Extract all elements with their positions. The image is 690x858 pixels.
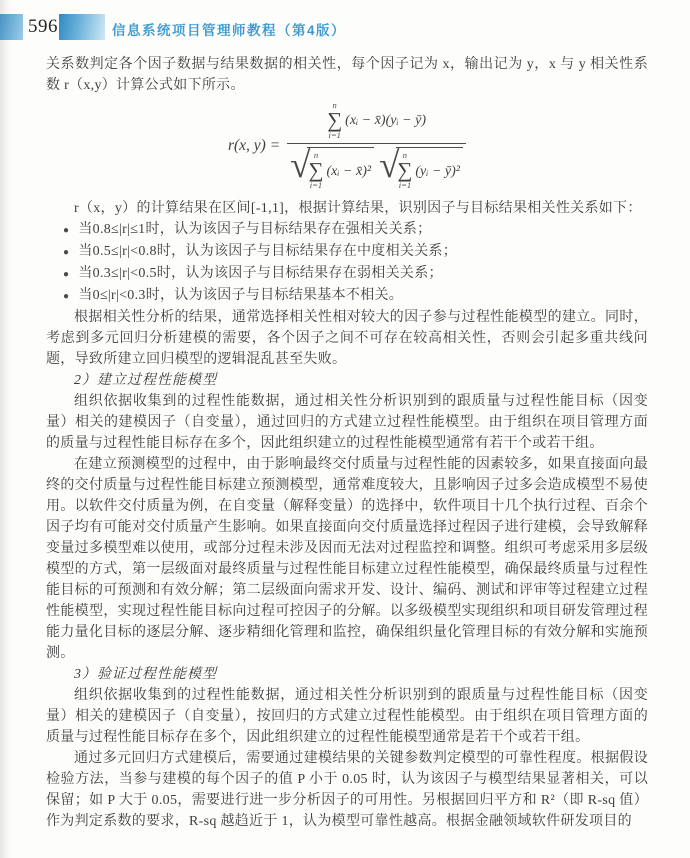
sqrt-y-expression: (yᵢ − ȳ)² xyxy=(415,161,460,182)
bullet-icon: ● xyxy=(63,264,69,285)
radical-sign: √ xyxy=(379,146,399,186)
list-item-text: 当0≤|r|<0.3时，认为该因子与目标结果基本不相关。 xyxy=(78,285,403,306)
sqrt-term-y: √ n ∑ i=1 (yᵢ − ȳ)² xyxy=(379,147,463,190)
list-item: ● 当0≤|r|<0.3时，认为该因子与目标结果基本不相关。 xyxy=(63,285,648,307)
bullet-icon: ● xyxy=(63,286,69,307)
page-number: 596 xyxy=(28,14,58,40)
correlation-formula: r(x, y) = n ∑ i=1 (xᵢ − x̄)(yᵢ − ȳ) √ xyxy=(46,101,648,191)
formula-lhs: r(x, y) = xyxy=(228,135,280,156)
section-heading-verify-model: 3）验证过程性能模型 xyxy=(46,664,648,685)
book-page: 596 信息系统项目管理师教程（第4版） 关系数判定各个因子数据与结果数据的相关… xyxy=(0,0,690,858)
sum-lower-limit: i=1 xyxy=(329,131,341,141)
page-body: 关系数判定各个因子数据与结果数据的相关性，每个因子记为 x，输出记为 y，x 与… xyxy=(46,54,648,832)
page-number-accent-block xyxy=(0,14,23,40)
list-item: ● 当0.8≤|r|≤1时，认为该因子与目标结果存在强相关关系； xyxy=(63,219,648,241)
radicand-x: n ∑ i=1 (xᵢ − x̄)² xyxy=(307,147,374,190)
paragraph-result-interval: r（x，y）的计算结果在区间[-1,1]，根据计算结果，识别因子与目标结果相关性… xyxy=(46,198,648,219)
radical-sign: √ xyxy=(290,146,310,186)
list-item: ● 当0.3≤|r|<0.5时，认为该因子与目标结果存在弱相关关系； xyxy=(63,263,648,285)
paragraph-correlation-intro: 关系数判定各个因子数据与结果数据的相关性，每个因子记为 x，输出记为 y，x 与… xyxy=(46,54,648,96)
paragraph-verify-model-2: 通过多元回归方式建模后，需要通过建模结果的关键参数判定模型的可靠性程度。根据假设… xyxy=(46,748,648,832)
book-title: 信息系统项目管理师教程（第4版） xyxy=(112,19,346,39)
list-item: ● 当0.5≤|r|<0.8时，认为该因子与目标结果存在中度相关关系； xyxy=(63,241,648,263)
list-item-text: 当0.8≤|r|≤1时，认为该因子与目标结果存在强相关关系； xyxy=(78,219,431,240)
header-accent-bar xyxy=(59,14,105,40)
paragraph-build-model-1: 组织依据收集到的过程性能数据，通过相关性分析识别到的跟质量与过程性能目标（因变量… xyxy=(46,391,648,454)
sigma-symbol: ∑ xyxy=(397,161,412,181)
sum-operator: n ∑ i=1 xyxy=(397,151,412,190)
bullet-icon: ● xyxy=(63,242,69,263)
paragraph-analysis-result: 根据相关性分析的结果，通常选择相关性相对较大的因子参与过程性能模型的建立。同时，… xyxy=(46,307,648,370)
sigma-symbol: ∑ xyxy=(308,161,323,181)
page-scan-edge xyxy=(0,0,11,858)
sum-operator: n ∑ i=1 xyxy=(308,151,323,190)
page-header: 596 信息系统项目管理师教程（第4版） xyxy=(0,14,690,41)
list-item-text: 当0.5≤|r|<0.8时，认为该因子与目标结果存在中度相关关系； xyxy=(78,241,457,262)
sum-lower-limit: i=1 xyxy=(310,181,322,191)
paragraph-build-model-2: 在建立预测模型的过程中，由于影响最终交付质量与过程性能的因素较多，如果直接面向最… xyxy=(46,454,648,664)
numerator-expression: (xᵢ − x̄)(yᵢ − ȳ) xyxy=(345,110,426,131)
paragraph-verify-model-1: 组织依据收集到的过程性能数据，通过相关性分析识别到的跟质量与过程性能目标（因变量… xyxy=(46,685,648,748)
formula-denominator: √ n ∑ i=1 (xᵢ − x̄)² √ xyxy=(287,143,466,190)
formula-fraction: n ∑ i=1 (xᵢ − x̄)(yᵢ − ȳ) √ n ∑ i=1 xyxy=(287,101,466,191)
sum-operator: n ∑ i=1 xyxy=(327,101,342,140)
radicand-y: n ∑ i=1 (yᵢ − ȳ)² xyxy=(396,147,463,190)
formula-numerator: n ∑ i=1 (xᵢ − x̄)(yᵢ − ȳ) xyxy=(313,101,440,143)
sqrt-term-x: √ n ∑ i=1 (xᵢ − x̄)² xyxy=(290,147,374,190)
bullet-icon: ● xyxy=(63,220,69,241)
sum-lower-limit: i=1 xyxy=(399,181,411,191)
sqrt-x-expression: (xᵢ − x̄)² xyxy=(326,161,371,182)
section-heading-build-model: 2）建立过程性能模型 xyxy=(46,370,648,391)
correlation-rules-list: ● 当0.8≤|r|≤1时，认为该因子与目标结果存在强相关关系； ● 当0.5≤… xyxy=(46,219,648,307)
sigma-symbol: ∑ xyxy=(327,111,342,131)
list-item-text: 当0.3≤|r|<0.5时，认为该因子与目标结果存在弱相关关系； xyxy=(78,263,442,284)
